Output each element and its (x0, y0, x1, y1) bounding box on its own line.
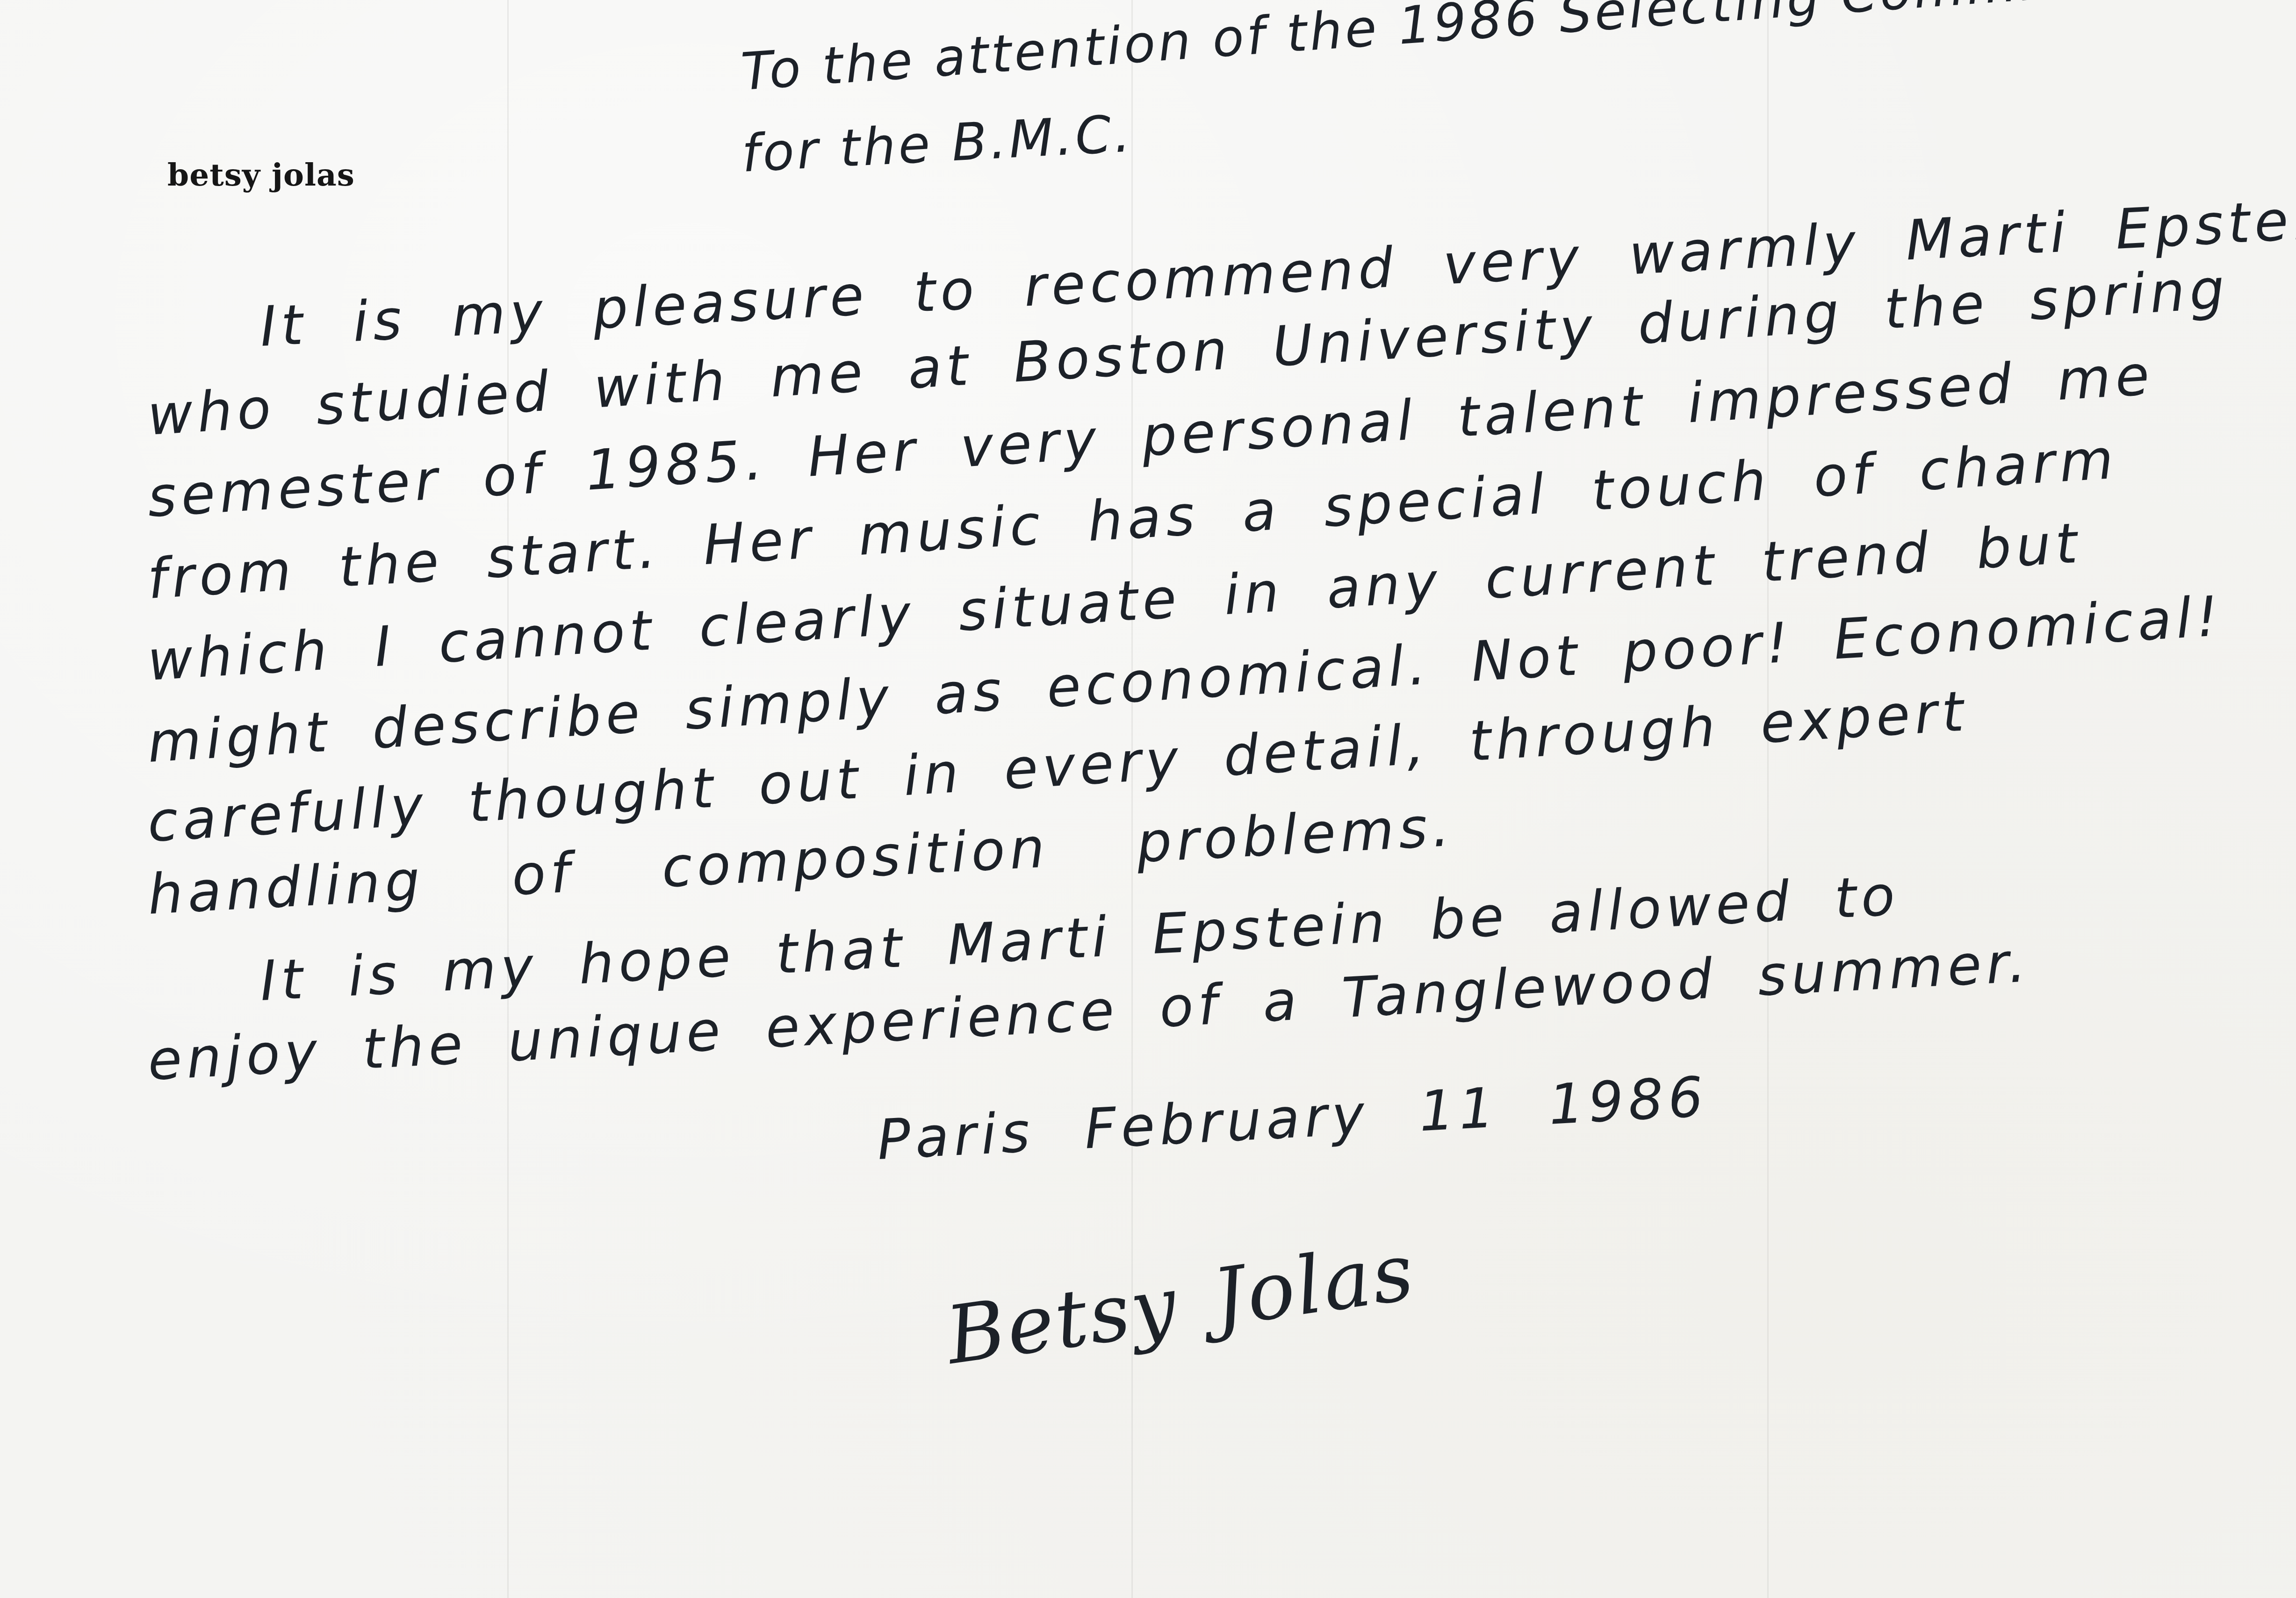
attention-line-2: for the B.M.C. (740, 103, 1134, 184)
attention-line-1: To the attention of the 1986 Selecting C… (739, 0, 2130, 102)
signature: Betsy Jolas (941, 1225, 1420, 1383)
letterhead-name: betsy jolas (167, 157, 355, 193)
letter-paper: betsy jolas To the attention of the 1986… (0, 0, 2296, 1598)
place-date: Paris February 11 1986 (876, 1064, 1709, 1172)
paper-fold-line (1131, 0, 1133, 1598)
